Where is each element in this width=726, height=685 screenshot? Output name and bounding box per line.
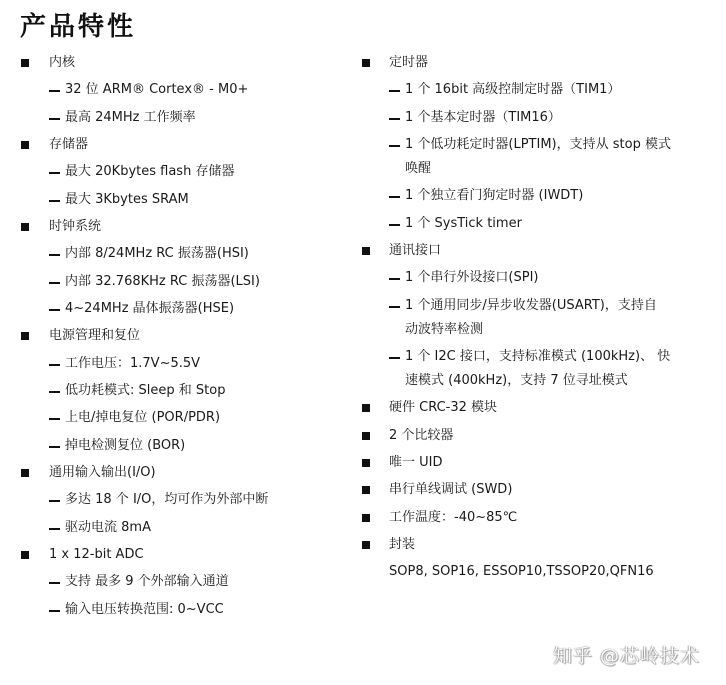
dash-bullet-icon (49, 610, 60, 612)
feature-text: 1 个 SysTick timer (405, 216, 522, 232)
dash-bullet-icon (389, 90, 400, 92)
category-label: 电源管理和复位 (49, 328, 140, 344)
dash-bullet-icon (49, 364, 60, 366)
feature-text: 支持 最多 9 个外部输入通道 (65, 574, 229, 590)
feature-text: 最大 20Kbytes flash 存储器 (65, 164, 234, 180)
square-bullet-icon (362, 404, 370, 412)
category-label: 封装 (389, 537, 415, 553)
feature-text: 上电/掉电复位 (POR/PDR) (65, 410, 220, 426)
dash-bullet-icon (49, 309, 60, 311)
category-label: 通用输入输出(I/O) (49, 465, 156, 481)
dash-bullet-icon (49, 282, 60, 284)
dash-bullet-icon (49, 446, 60, 448)
category-label: 唯一 UID (389, 455, 443, 471)
feature-text: 最大 3Kbytes SRAM (65, 192, 189, 208)
dash-bullet-icon (49, 200, 60, 202)
category-label: 存储器 (49, 137, 88, 153)
feature-text: 掉电检测复位 (BOR) (65, 438, 185, 454)
feature-text: 32 位 ARM® Cortex® - M0+ (65, 82, 248, 98)
feature-text: 速模式 (400kHz)，支持 7 位寻址模式 (405, 373, 628, 389)
feature-text: 1 个 16bit 高级控制定时器（TIM1） (405, 82, 620, 98)
category-label: 串行单线调试 (SWD) (389, 482, 512, 498)
square-bullet-icon (21, 469, 29, 477)
category-label: 定时器 (389, 55, 428, 71)
dash-bullet-icon (49, 118, 60, 120)
dash-bullet-icon (389, 224, 400, 226)
dash-bullet-icon (389, 306, 400, 308)
feature-text: 输入电压转换范围: 0~VCC (65, 602, 224, 618)
square-bullet-icon (21, 223, 29, 231)
dash-bullet-icon (49, 391, 60, 393)
dash-bullet-icon (389, 196, 400, 198)
page-title: 产品特性 (20, 6, 136, 43)
dash-bullet-icon (49, 254, 60, 256)
category-label: 工作温度：-40~85℃ (389, 510, 517, 526)
dash-bullet-icon (49, 90, 60, 92)
category-label: 通讯接口 (389, 243, 441, 259)
category-label: 硬件 CRC-32 模块 (389, 400, 497, 416)
square-bullet-icon (21, 59, 29, 67)
feature-text: 1 个独立看门狗定时器 (IWDT) (405, 188, 583, 204)
feature-text: 最高 24MHz 工作频率 (65, 110, 196, 126)
category-label: 时钟系统 (49, 219, 101, 235)
category-label: 1 x 12-bit ADC (49, 547, 144, 563)
feature-text: 驱动电流 8mA (65, 520, 151, 536)
dash-bullet-icon (49, 172, 60, 174)
feature-text: 多达 18 个 I/O，均可作为外部中断 (65, 492, 268, 508)
feature-text: 1 个基本定时器（TIM16） (405, 110, 561, 126)
square-bullet-icon (362, 247, 370, 255)
square-bullet-icon (362, 459, 370, 467)
dash-bullet-icon (49, 582, 60, 584)
feature-text: 内部 32.768KHz RC 振荡器(LSI) (65, 274, 260, 290)
package-text: SOP8, SOP16, ESSOP10,TSSOP20,QFN16 (389, 564, 654, 580)
feature-text: 1 个低功耗定时器(LPTIM)，支持从 stop 模式 (405, 137, 671, 153)
dash-bullet-icon (49, 500, 60, 502)
dash-bullet-icon (49, 418, 60, 420)
dash-bullet-icon (389, 357, 400, 359)
square-bullet-icon (362, 486, 370, 494)
square-bullet-icon (362, 541, 370, 549)
square-bullet-icon (21, 551, 29, 559)
category-label: 内核 (49, 55, 75, 71)
watermark: 知乎 @芯岭技术 (553, 641, 700, 668)
square-bullet-icon (362, 514, 370, 522)
dash-bullet-icon (49, 528, 60, 530)
feature-text: 工作电压：1.7V~5.5V (65, 356, 200, 372)
feature-text: 1 个 I2C 接口，支持标准模式 (100kHz)、 快 (405, 349, 670, 365)
dash-bullet-icon (389, 278, 400, 280)
square-bullet-icon (362, 432, 370, 440)
feature-text: 1 个通用同步/异步收发器(USART)，支持自 (405, 298, 657, 314)
category-label: 2 个比较器 (389, 428, 453, 444)
feature-text: 1 个串行外设接口(SPI) (405, 270, 538, 286)
square-bullet-icon (21, 332, 29, 340)
feature-text: 4~24MHz 晶体振荡器(HSE) (65, 301, 234, 317)
feature-text: 唤醒 (405, 161, 431, 177)
feature-text: 低功耗模式: Sleep 和 Stop (65, 383, 225, 399)
square-bullet-icon (21, 141, 29, 149)
feature-text: 动波特率检测 (405, 322, 483, 338)
dash-bullet-icon (389, 118, 400, 120)
dash-bullet-icon (389, 145, 400, 147)
square-bullet-icon (362, 59, 370, 67)
feature-text: 内部 8/24MHz RC 振荡器(HSI) (65, 246, 249, 262)
